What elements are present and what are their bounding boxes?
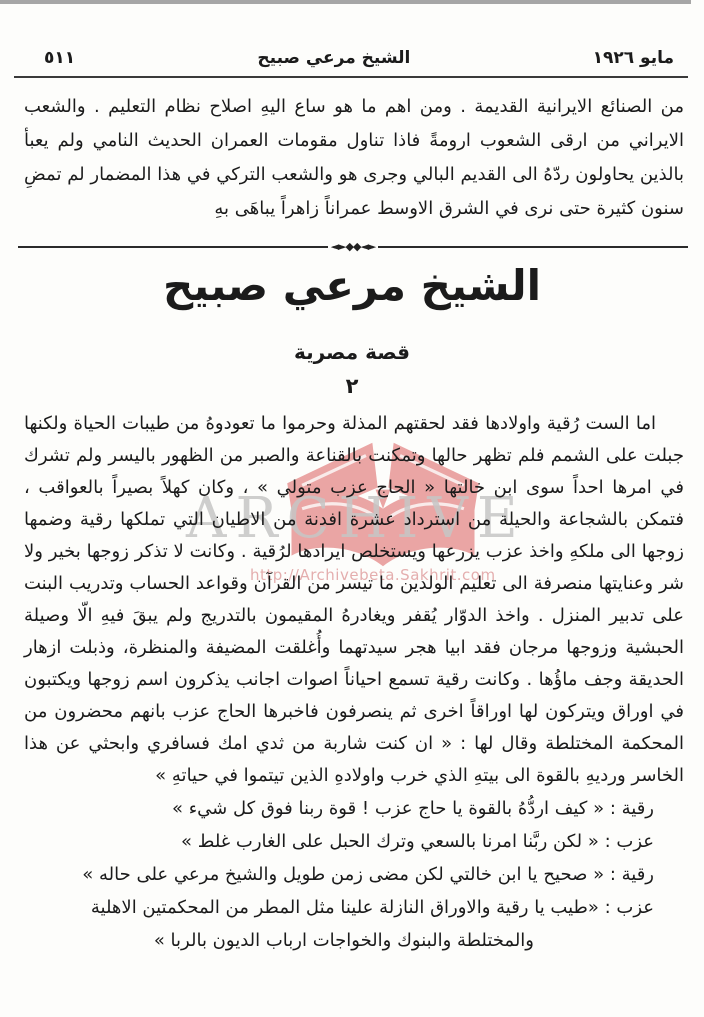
article-title: الشيخ مرعي صبيح (0, 260, 704, 312)
scanned-magazine-page: ARCHIVE http://Archivebeta.Sakhrit.com م… (0, 0, 704, 1017)
article-subtitle: قصة مصرية (0, 340, 704, 364)
divider-ornament: ►◄◆◆►◄ (328, 242, 379, 252)
story-paragraph: اما الست رُقية واولادها فقد لحقتهم المذل… (24, 408, 684, 792)
header-page-number: ٥١١ (44, 48, 75, 68)
dialogue-line: عزب : «طيب يا رقية والاوراق النازلة علين… (24, 891, 684, 957)
dialogue-line: رقية : « كيف اردُّهُ بالقوة يا حاج عزب !… (24, 792, 684, 825)
header-rule (14, 76, 688, 78)
header-issue-date: مايو ١٩٢٦ (593, 48, 674, 68)
page-header: مايو ١٩٢٦ الشيخ مرعي صبيح ٥١١ (0, 0, 704, 72)
divider-line-left (18, 246, 328, 248)
dialogue-list: رقية : « كيف اردُّهُ بالقوة يا حاج عزب !… (24, 792, 684, 957)
dialogue-line: عزب : « لكن ربَّنا امرنا بالسعي وترك الح… (24, 825, 684, 858)
page-content: مايو ١٩٢٦ الشيخ مرعي صبيح ٥١١ من الصنائع… (0, 0, 704, 957)
header-running-title: الشيخ مرعي صبيح (257, 48, 410, 68)
section-number: ٢ (0, 374, 704, 398)
dialogue-line: رقية : « صحيح يا ابن خالتي لكن مضى زمن ط… (24, 858, 684, 891)
scan-edge-artifact (0, 0, 691, 4)
section-divider: ►◄◆◆►◄ (18, 242, 688, 252)
divider-line-right (378, 246, 688, 248)
intro-paragraph: من الصنائع الايرانية القديمة . ومن اهم م… (24, 90, 684, 226)
